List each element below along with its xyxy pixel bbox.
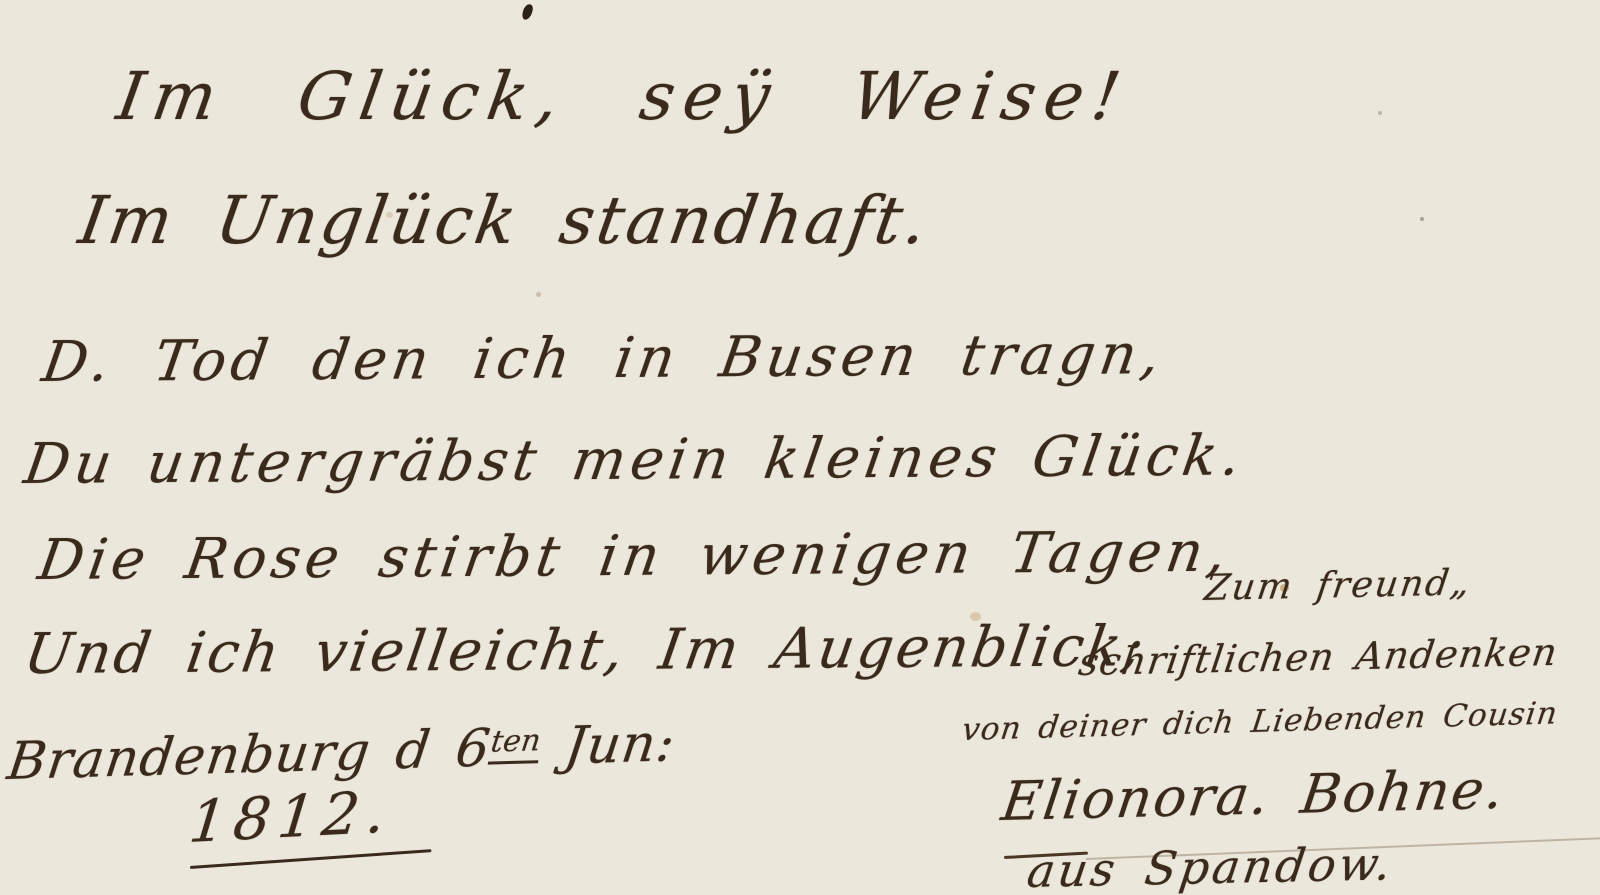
poem-line-1: D. Tod den ich in Busen tragn, [38,322,1169,395]
foxing-spot [1420,217,1424,221]
dateline-ordinal-suffix: ten [488,723,543,764]
dedication-line-2: schriftlichen Andenken [1076,630,1561,684]
dateline-month: Jun: [561,713,679,776]
dedication-line-1: Zum freund„ [1202,562,1474,609]
signature-name: Elionora. Bohne. [998,758,1509,833]
dedication-line-3: von deiner dich Liebenden Cousin [960,695,1560,748]
foxing-spot [536,292,541,297]
signature-origin: aus Spandow. [1024,836,1398,895]
dateline-place-day: Brandenburg d 6 [4,719,494,792]
foxing-spot [1378,111,1382,115]
dateline-year: 1812. [186,778,396,856]
motto-line-1: Im Glück, seÿ Weise! [112,58,1134,135]
poem-line-2: Du untergräbst mein kleines Glück. [20,423,1250,497]
ink-blot [521,3,535,21]
motto-line-2: Im Unglück standhaft. [74,182,935,259]
manuscript-page: Im Glück, seÿ Weise! Im Unglück standhaf… [0,0,1600,895]
poem-line-3: Die Rose stirbt in wenigen Tagen, [34,520,1235,593]
poem-line-4: Und ich vielleicht, Im Augenblick; [20,614,1151,687]
